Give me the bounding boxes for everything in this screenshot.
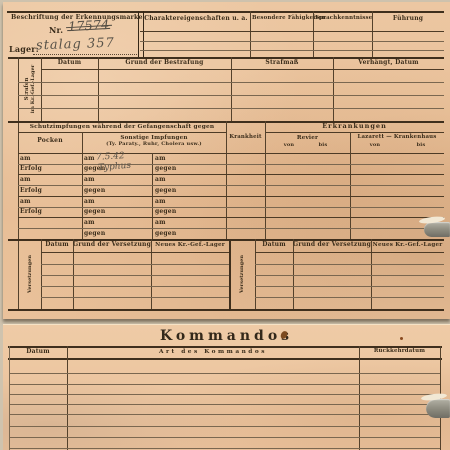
table-rule	[371, 239, 372, 309]
ink-dot	[400, 337, 403, 340]
table-rule	[140, 41, 444, 42]
kommandos-title: Kommandos	[3, 328, 450, 344]
column-header-revier: Revier	[265, 135, 350, 141]
table-rule	[255, 239, 256, 309]
table-rule	[41, 264, 229, 265]
table-rule	[9, 426, 440, 427]
table-rule	[231, 57, 232, 121]
impf-row-label: gegen	[84, 231, 105, 238]
table-rule	[9, 448, 440, 449]
table-rule	[41, 252, 229, 253]
revier-bis-label: bis	[303, 143, 343, 149]
column-header-lazarett: Lazarett — Krankenhaus	[350, 135, 444, 141]
column-header-grund-bestrafung: Grund der Bestrafung	[98, 60, 231, 67]
table-rule	[255, 286, 444, 287]
versetzungen-side-label-text: Versetzungen	[239, 255, 245, 293]
impf-row-label: Erfolg	[20, 166, 42, 173]
table-rule	[229, 239, 231, 309]
strafen-side-label: Strafen im Kr.-Gef.-Lager	[18, 57, 41, 121]
impf-row-label: am	[84, 199, 95, 206]
table-rule	[7, 11, 444, 13]
tag-number-handwritten: 17574	[65, 18, 113, 35]
lazarett-bis-label: bis	[401, 143, 441, 149]
column-header-charaktereigenschaften: Charaktereigenschaften u. a.	[143, 16, 249, 23]
table-rule	[41, 57, 42, 121]
table-rule	[18, 185, 444, 186]
impf-row-label: gegen	[84, 209, 105, 216]
column-header-verhaengt-datum: Verhängt, Datum	[333, 60, 444, 67]
table-rule	[8, 309, 444, 311]
table-rule	[18, 132, 226, 133]
table-rule	[41, 239, 42, 309]
versetzungen-side-label-left: Versetzungen	[18, 239, 41, 309]
torn-punch-hole	[424, 222, 450, 237]
column-header-grund-versetzung: Grund der Versetzung	[293, 242, 371, 249]
table-rule	[333, 57, 334, 121]
table-rule	[41, 69, 444, 70]
impf-row-label: am	[20, 156, 31, 163]
table-rule	[255, 252, 444, 253]
impf-row-label: gegen	[84, 188, 105, 195]
column-header-fuehrung: Führung	[374, 16, 442, 23]
strafen-side-label-line2: im Kr.-Gef.-Lager	[30, 65, 36, 114]
column-header-neues-lager: Neues Kr.-Gef.-Lager	[371, 242, 444, 248]
table-rule	[255, 297, 444, 298]
table-rule	[18, 217, 444, 218]
impf-row-label: gegen	[155, 188, 176, 195]
impf-row-label: am	[20, 177, 31, 184]
table-rule	[18, 207, 444, 208]
column-header-pocken: Pocken	[18, 138, 82, 145]
table-rule	[255, 264, 444, 265]
table-rule	[18, 174, 444, 175]
personal-record-card: Beschriftung der Erkennungsmarke Nr. 175…	[3, 2, 450, 319]
impfungen-title: Schutzimpfungen während der Gefangenscha…	[18, 124, 226, 130]
impf-row-label: gegen	[155, 209, 176, 216]
vaccination-type-handwritten: Typhus	[98, 161, 132, 174]
column-header-datum: Datum	[255, 242, 293, 249]
column-header-grund-versetzung: Grund der Versetzung	[73, 242, 151, 249]
table-rule	[265, 121, 266, 239]
table-rule	[140, 31, 444, 32]
table-rule	[140, 50, 444, 51]
versetzungen-side-label-right: Versetzungen	[229, 239, 255, 309]
column-header-datum: Datum	[41, 60, 98, 67]
impf-row-label: am	[84, 177, 95, 184]
nr-label: Nr.	[49, 26, 63, 35]
table-rule	[98, 57, 99, 121]
table-rule	[18, 95, 444, 96]
erkrankungen-title: Erkrankungen	[265, 123, 444, 130]
table-rule	[226, 121, 227, 239]
impf-row-label: am	[155, 177, 166, 184]
column-header-datum: Datum	[9, 349, 67, 356]
impf-row-label: gegen	[155, 231, 176, 238]
table-rule	[18, 108, 444, 109]
table-rule	[18, 228, 444, 229]
column-header-neues-lager: Neues Kr.-Gef.-Lager	[151, 242, 229, 248]
table-rule	[41, 286, 229, 287]
impf-row-label: am	[84, 156, 95, 163]
column-header-faehigkeiten: Besondere Fähigkeiten	[252, 16, 312, 22]
column-header-art-des-kommandos: Art des Kommandos	[67, 349, 359, 355]
table-rule	[151, 239, 152, 309]
table-rule	[18, 196, 444, 197]
table-rule	[293, 239, 294, 309]
column-header-sonstige-impfungen-sub: (Ty. Paraty., Ruhr, Cholera usw.)	[82, 142, 226, 148]
impf-row-label: am	[20, 199, 31, 206]
table-rule	[8, 358, 442, 360]
lazarett-von-label: von	[355, 143, 395, 149]
impf-row-label: Erfolg	[20, 188, 42, 195]
impf-row-label: am	[155, 220, 166, 227]
table-rule	[67, 346, 68, 450]
table-rule	[9, 384, 440, 385]
scanned-pow-record: { "colors": { "paper": "#e9c19b", "rule_…	[0, 0, 450, 450]
table-rule	[18, 82, 444, 83]
column-header-strafmass: Strafmaß	[231, 60, 333, 67]
table-rule	[9, 437, 440, 438]
column-header-rueckkehrdatum: Rückkehrdatum	[359, 349, 440, 355]
table-rule	[9, 404, 440, 405]
table-rule	[9, 394, 440, 395]
impf-row-label: am	[155, 199, 166, 206]
table-rule	[73, 239, 74, 309]
impf-row-label: am	[84, 220, 95, 227]
column-header-datum: Datum	[41, 242, 73, 249]
column-header-sprachkenntnisse: Sprachkenntnisse	[315, 16, 370, 22]
column-header-krankheit: Krankheit	[226, 135, 265, 141]
table-rule	[359, 346, 360, 450]
table-rule	[9, 414, 440, 415]
table-rule	[9, 373, 440, 374]
table-rule	[18, 164, 444, 165]
versetzungen-side-label-text: Versetzungen	[27, 255, 33, 293]
table-rule	[265, 132, 444, 133]
impf-row-label: am	[155, 156, 166, 163]
table-rule	[41, 297, 229, 298]
torn-punch-hole	[426, 399, 450, 418]
table-rule	[41, 275, 229, 276]
table-rule	[255, 275, 444, 276]
impf-row-label: Erfolg	[20, 209, 42, 216]
table-rule	[9, 346, 10, 450]
kommandos-card: Kommandos Datum Art des Kommandos Rückke…	[3, 324, 450, 450]
dotted-write-line	[33, 41, 137, 55]
impf-row-label: gegen	[155, 166, 176, 173]
